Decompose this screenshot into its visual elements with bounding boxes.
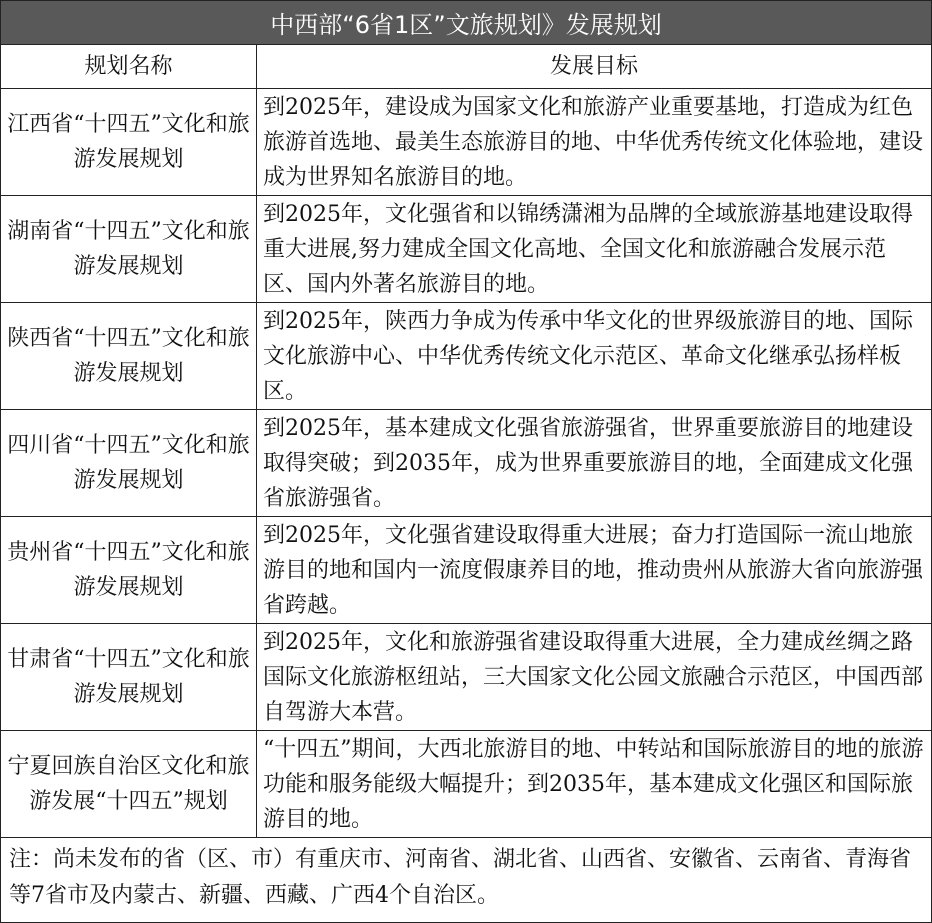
table-row: 贵州省“十四五”文化和旅游发展规划 到2025年，文化强省建设取得重大进展；奋力… xyxy=(1,517,931,624)
plan-name: 湖南省“十四五”文化和旅游发展规划 xyxy=(1,196,257,302)
header-goal: 发展目标 xyxy=(257,45,931,88)
table-row: 宁夏回族自治区文化和旅游发展“十四五”规划 “十四五”期间，大西北旅游目的地、中… xyxy=(1,731,931,838)
plan-goal: 到2025年，基本建成文化强省旅游强省，世界重要旅游目的地建设取得突破；到203… xyxy=(257,410,931,516)
plan-goal: “十四五”期间，大西北旅游目的地、中转站和国际旅游目的地的旅游功能和服务能级大幅… xyxy=(257,731,931,837)
plan-name: 甘肃省“十四五”文化和旅游发展规划 xyxy=(1,624,257,730)
table-row: 江西省“十四五”文化和旅游发展规划 到2025年，建设成为国家文化和旅游产业重要… xyxy=(1,89,931,196)
table-row: 湖南省“十四五”文化和旅游发展规划 到2025年，文化强省和以锦绣潇湘为品牌的全… xyxy=(1,196,931,303)
header-row: 规划名称 发展目标 xyxy=(1,45,931,89)
plan-goal: 到2025年，文化强省和以锦绣潇湘为品牌的全域旅游基地建设取得重大进展,努力建成… xyxy=(257,196,931,302)
plan-goal: 到2025年，建设成为国家文化和旅游产业重要基地，打造成为红色旅游首选地、最美生… xyxy=(257,89,931,195)
footnote: 注：尚未发布的省（区、市）有重庆市、河南省、湖北省、山西省、安徽省、云南省、青海… xyxy=(1,838,931,904)
plan-goal: 到2025年，文化强省建设取得重大进展；奋力打造国际一流山地旅游目的地和国内一流… xyxy=(257,517,931,623)
plan-goal: 到2025年，陕西力争成为传承中华文化的世界级旅游目的地、国际文化旅游中心、中华… xyxy=(257,303,931,409)
table-row: 四川省“十四五”文化和旅游发展规划 到2025年，基本建成文化强省旅游强省，世界… xyxy=(1,410,931,517)
plan-name: 贵州省“十四五”文化和旅游发展规划 xyxy=(1,517,257,623)
table-row: 陕西省“十四五”文化和旅游发展规划 到2025年，陕西力争成为传承中华文化的世界… xyxy=(1,303,931,410)
plan-goal: 到2025年，文化和旅游强省建设取得重大进展，全力建成丝绸之路国际文化旅游枢纽站… xyxy=(257,624,931,730)
plan-name: 陕西省“十四五”文化和旅游发展规划 xyxy=(1,303,257,409)
plan-name: 江西省“十四五”文化和旅游发展规划 xyxy=(1,89,257,195)
planning-table: 中西部“6省1区”文旅规划》发展规划 规划名称 发展目标 江西省“十四五”文化和… xyxy=(0,0,932,904)
plan-name: 宁夏回族自治区文化和旅游发展“十四五”规划 xyxy=(1,731,257,837)
plan-name: 四川省“十四五”文化和旅游发展规划 xyxy=(1,410,257,516)
table-row: 甘肃省“十四五”文化和旅游发展规划 到2025年，文化和旅游强省建设取得重大进展… xyxy=(1,624,931,731)
table-title: 中西部“6省1区”文旅规划》发展规划 xyxy=(1,1,931,45)
header-plan-name: 规划名称 xyxy=(1,45,257,88)
note-row: 注：尚未发布的省（区、市）有重庆市、河南省、湖北省、山西省、安徽省、云南省、青海… xyxy=(1,838,931,904)
